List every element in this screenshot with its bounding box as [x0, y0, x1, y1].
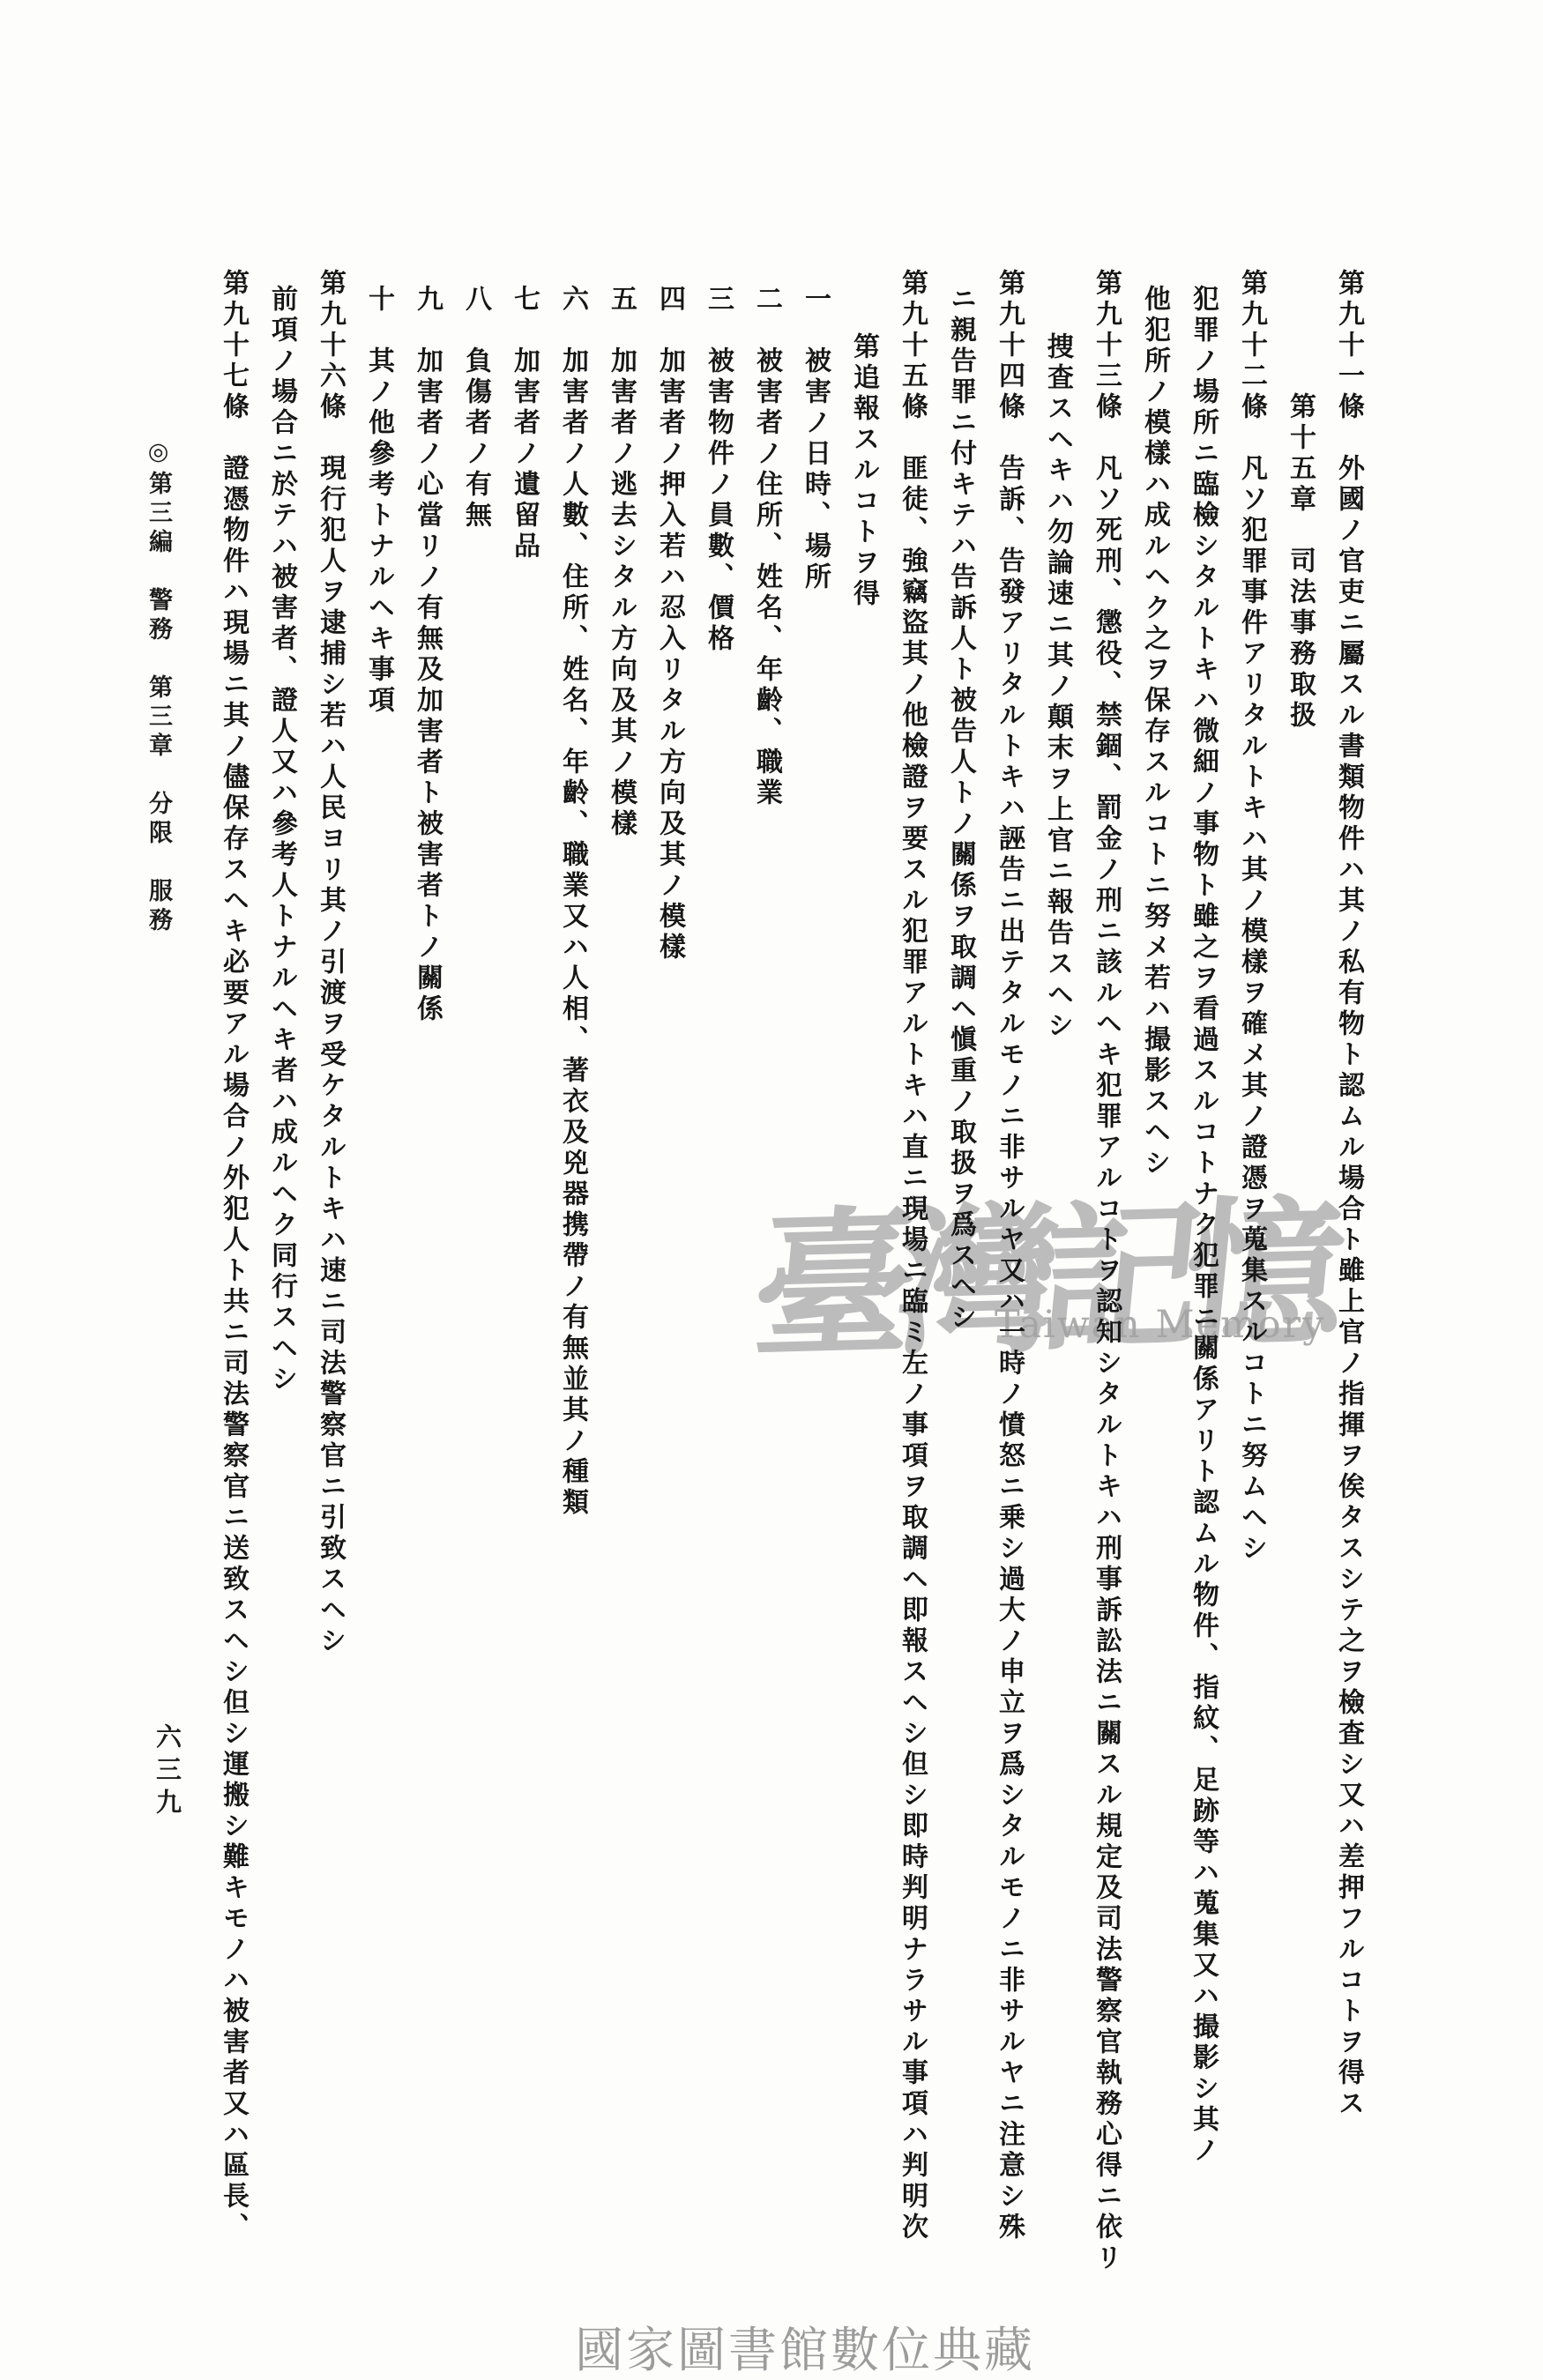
- library-footer-caption: 國家圖書館數位典藏: [575, 2311, 1035, 2380]
- margin-section-label: ◎第三編 警務 第三章 分限 服務: [141, 438, 175, 936]
- text-column-item: 三 被害物件ノ員數、價格: [694, 269, 742, 2279]
- text-column-article: 第九十七條 證憑物件ハ現場ニ其ノ儘保存スヘキ必要アル場合ノ外犯人ト共ニ司法警察官…: [209, 269, 257, 2279]
- text-column-cont: 第追報スルコトヲ得: [839, 269, 888, 2279]
- text-column-item: 八 負傷者ノ有無: [451, 269, 500, 2279]
- text-column-article: 第九十一條 外國ノ官吏ニ屬スル書類物件ハ其ノ私有物ト認ムル場合ト雖上官ノ指揮ヲ俟…: [1324, 269, 1373, 2279]
- text-column-cont: 犯罪ノ場所ニ臨檢シタルトキハ微細ノ事物ト雖之ヲ看過スルコトナク犯罪ニ關係アリト認…: [1179, 269, 1227, 2279]
- text-column-article: 第九十二條 凡ソ犯罪事件アリタルトキハ其ノ模樣ヲ確メ其ノ證憑ヲ蒐集スルコトニ努ム…: [1227, 269, 1276, 2279]
- text-column-chapter: 第十五章 司法事務取扱: [1276, 269, 1324, 2279]
- text-column-item: 五 加害者ノ逃去シタル方向及其ノ模樣: [597, 269, 645, 2279]
- text-column-item: 一 被害ノ日時、場所: [791, 269, 839, 2279]
- text-column-article: 第九十三條 凡ソ死刑、懲役、禁錮、罰金ノ刑ニ該ルヘキ犯罪アルコトヲ認知シタルトキ…: [1082, 269, 1130, 2279]
- text-column-item: 四 加害者ノ押入若ハ忍入リタル方向及其ノ模樣: [645, 269, 694, 2279]
- text-column-article: 第九十五條 匪徒、強竊盜其ノ他檢證ヲ要スル犯罪アルトキハ直ニ現場ニ臨ミ左ノ事項ヲ…: [888, 269, 936, 2279]
- scanned-page: 臺灣記憶 Taiwan Memory 第九十一條 外國ノ官吏ニ屬スル書類物件ハ其…: [0, 0, 1543, 2380]
- text-column-item: 九 加害者ノ心當リノ有無及加害者ト被害者トノ關係: [403, 269, 451, 2279]
- page-number: 六三九: [150, 1723, 186, 1821]
- text-column-item: 十 其ノ他參考トナルヘキ事項: [354, 269, 403, 2279]
- text-column-item: 七 加害者ノ遺留品: [500, 269, 548, 2279]
- text-column-cont: 前項ノ場合ニ於テハ被害者、證人又ハ參考人トナルヘキ者ハ成ルヘク同行スヘシ: [257, 269, 306, 2279]
- text-column-item: 二 被害者ノ住所、姓名、年齡、職業: [742, 269, 791, 2279]
- text-column-article: 第九十四條 告訴、告發アリタルトキハ誣告ニ出テタルモノニ非サルヤ又ハ一時ノ憤怒ニ…: [985, 269, 1033, 2279]
- text-column-item: 六 加害者ノ人數、住所、姓名、年齡、職業又ハ人相、著衣及兇器携帶ノ有無並其ノ種類: [548, 269, 597, 2279]
- text-columns: 第九十一條 外國ノ官吏ニ屬スル書類物件ハ其ノ私有物ト認ムル場合ト雖上官ノ指揮ヲ俟…: [209, 269, 1373, 2279]
- text-column-cont: ニ親告罪ニ付キテハ告訴人ト被告人トノ關係ヲ取調ヘ愼重ノ取扱ヲ爲スヘシ: [936, 269, 985, 2279]
- text-column-article: 第九十六條 現行犯人ヲ逮捕シ若ハ人民ヨリ其ノ引渡ヲ受ケタルトキハ速ニ司法警察官ニ…: [306, 269, 354, 2279]
- text-column-cont: 捜査スヘキハ勿論速ニ其ノ顛末ヲ上官ニ報告スヘシ: [1033, 269, 1082, 2279]
- text-column-cont: 他犯所ノ模樣ハ成ルヘク之ヲ保存スルコトニ努メ若ハ撮影スヘシ: [1130, 269, 1179, 2279]
